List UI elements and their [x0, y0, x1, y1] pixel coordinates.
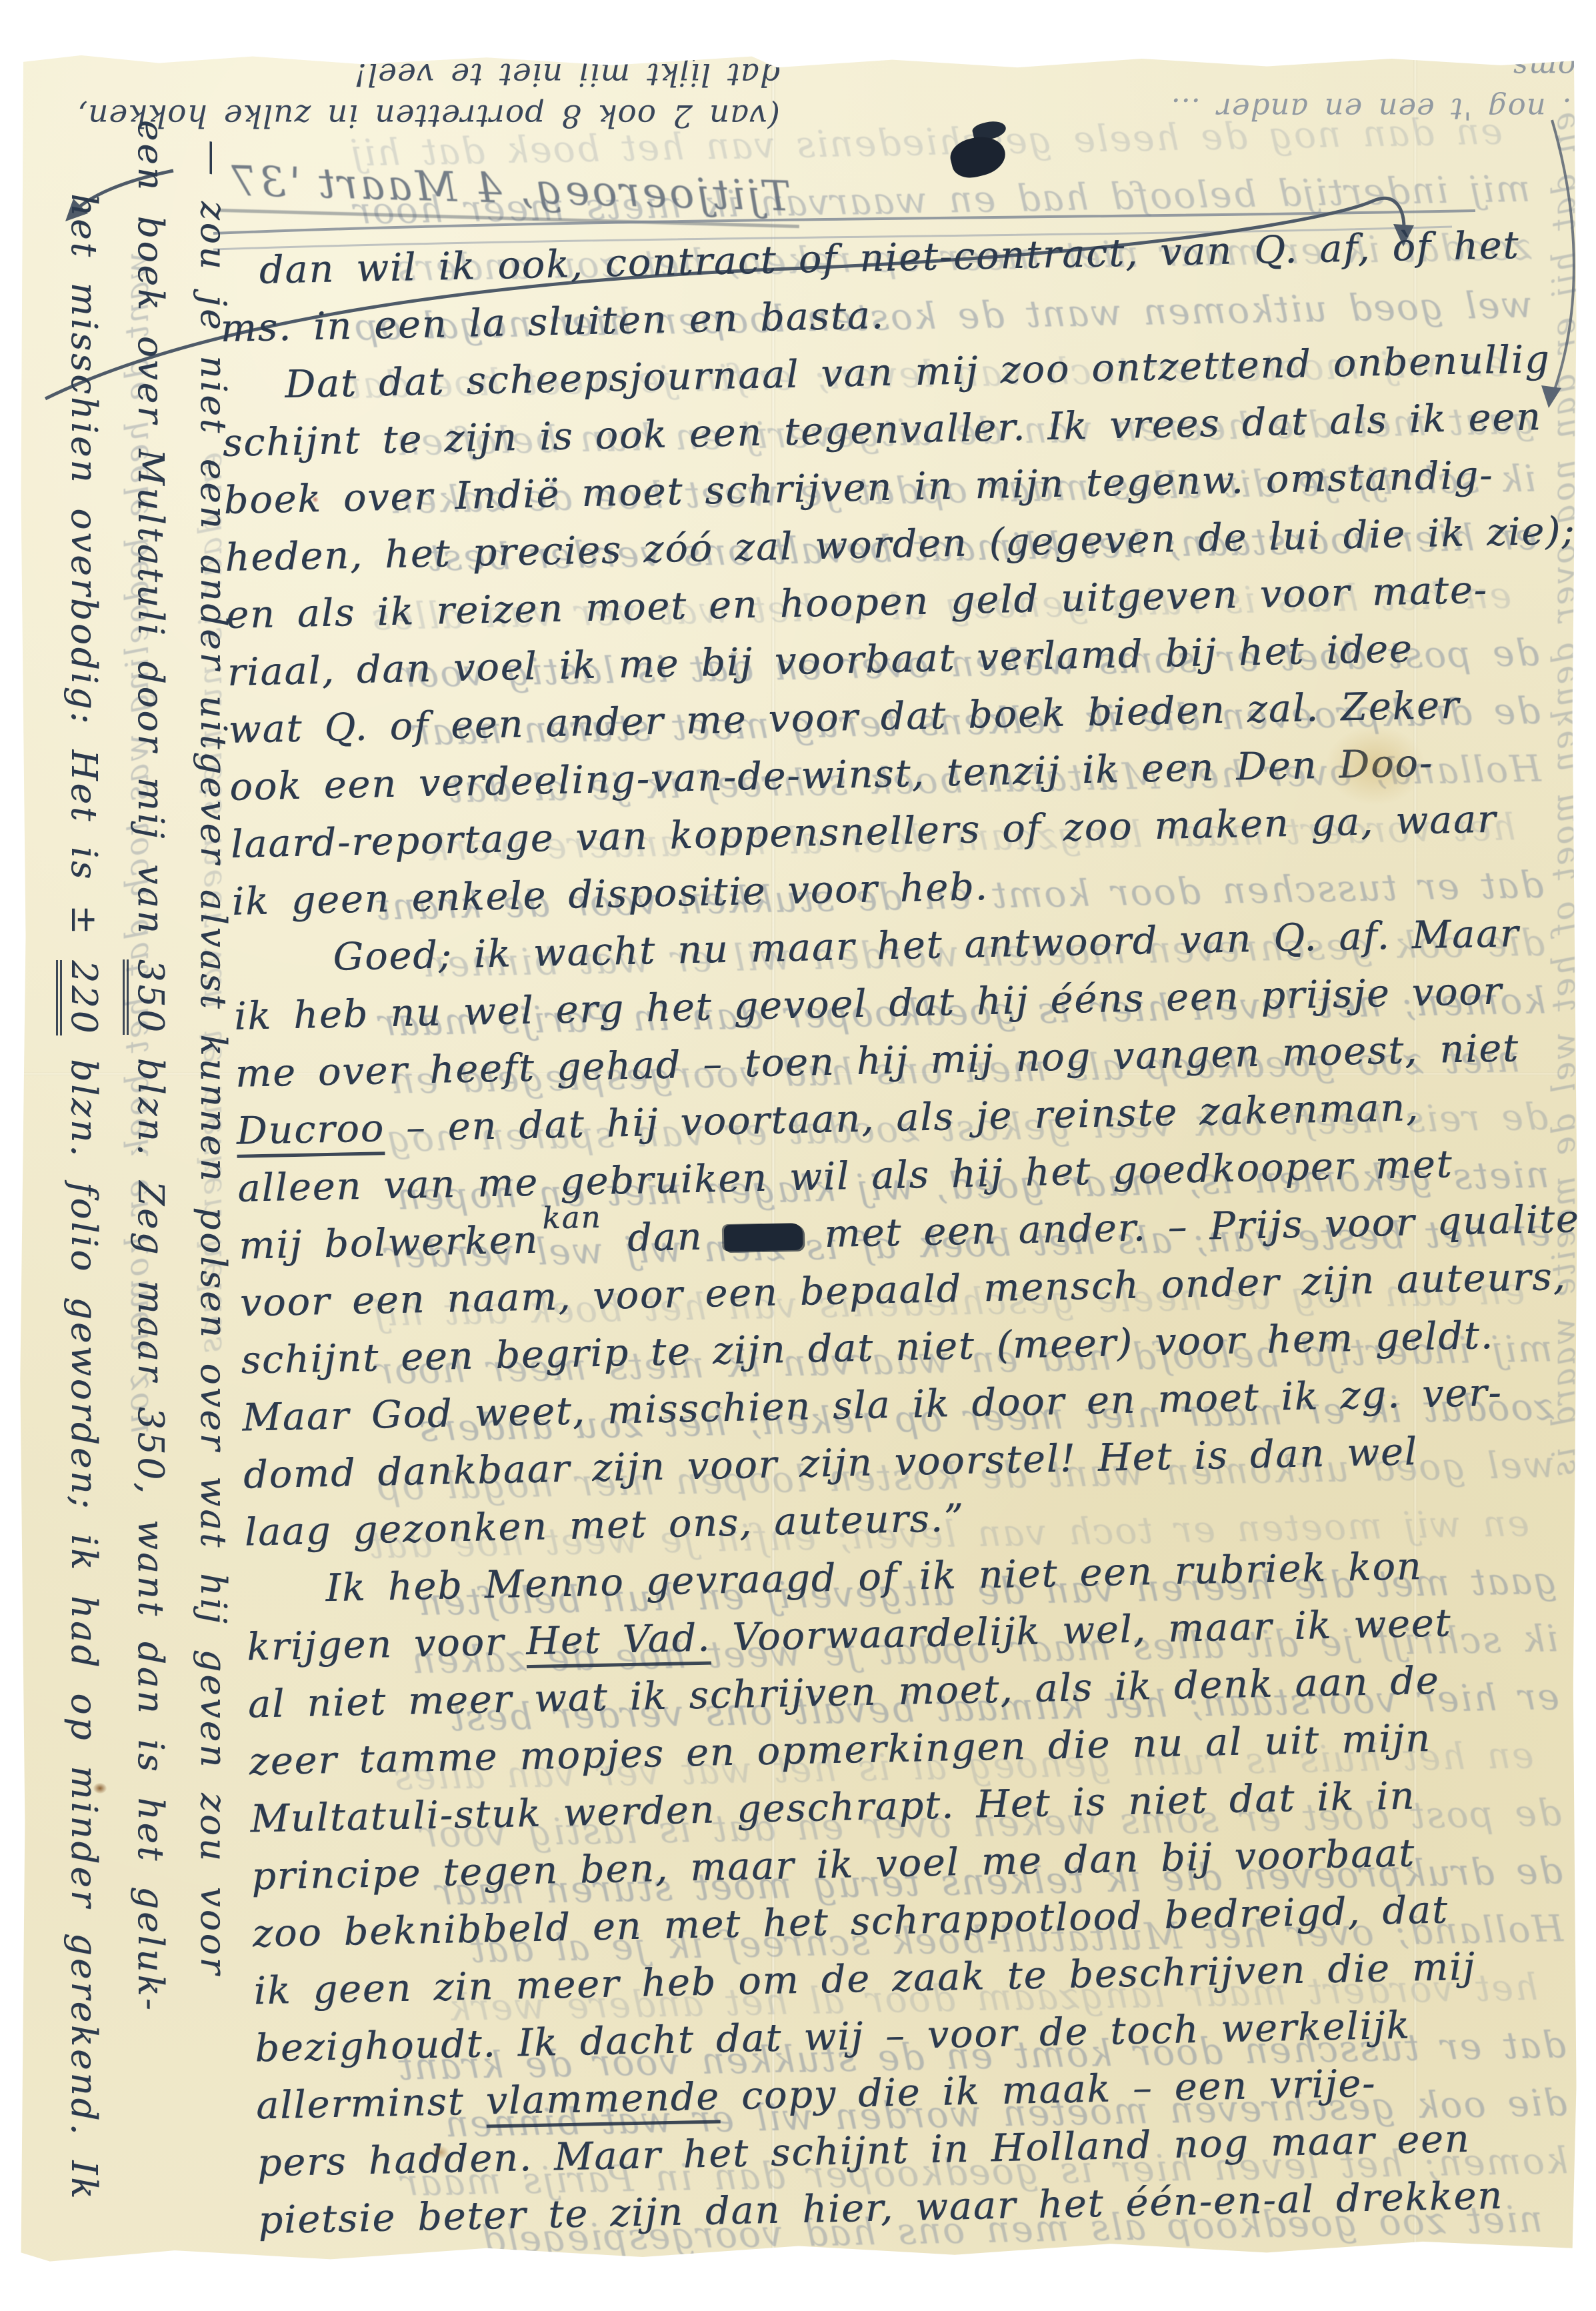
margin-note-column: het misschien overbodig: Het is ± 220 bl… — [63, 193, 104, 2201]
inserted-word: kan — [542, 1200, 602, 1236]
handwritten-text: blzn. folio geworden; ik had op minder g… — [63, 1035, 104, 2201]
underlined-word: 350 — [123, 959, 171, 1035]
top-annotation-upside-down-faint: … nog 't een en ander … soms. — [1105, 47, 1592, 129]
underlined-word: Ducroo — [236, 1106, 385, 1158]
handwritten-text: ik geen enkele dispositie voor heb. — [231, 865, 989, 924]
underlined-word: Het Vad. — [525, 1616, 711, 1669]
handwritten-text: het misschien overbodig: Het is ± — [63, 193, 104, 960]
bleedthrough-vertical: om het heele boek uit te geven zooals he… — [1576, 919, 1596, 2141]
underlined-word: 220 — [56, 960, 104, 1035]
letter-page: en dan nog de heele geschiedenis van het… — [19, 52, 1579, 2264]
underlined-word: vlammende — [485, 2074, 721, 2128]
letter-body: dan wil ik ook, contract of niet-contrac… — [219, 215, 1596, 2250]
handwritten-text: dan — [605, 1214, 725, 1261]
handwritten-text: blzn. Zeg maar 350, want dan is het gelu… — [130, 1035, 171, 2013]
handwritten-text: laag gezonken met ons, auteurs.” — [244, 1496, 965, 1555]
handwritten-text: een boek over Multatuli door mij van — [130, 120, 171, 959]
scanned-letter-screenshot: en dan nog de heele geschiedenis van het… — [0, 0, 1596, 2311]
dateline-bleedthrough: Tjitjoeroeg, 4 Maart '37 — [218, 156, 801, 228]
margin-note-column: een boek over Multatuli door mij van 350… — [130, 120, 171, 2013]
handwritten-text: mij bolwerken — [239, 1218, 539, 1268]
handwritten-text: allerminst — [255, 2080, 486, 2128]
handwritten-text: ms. in een la sluiten en basta. — [220, 293, 885, 351]
handwritten-text: copy die ik maak – een vrije- — [719, 2062, 1377, 2119]
handwritten-text: met een ander. – Prijs voor qualiteit, — [803, 1196, 1596, 1257]
handwritten-text: krijgen voor — [247, 1620, 527, 1669]
handwritten-text: Voorwaardelijk wel, maar ik weet — [710, 1601, 1451, 1660]
ink-blot — [947, 131, 1009, 182]
crossed-out-word — [724, 1224, 803, 1252]
